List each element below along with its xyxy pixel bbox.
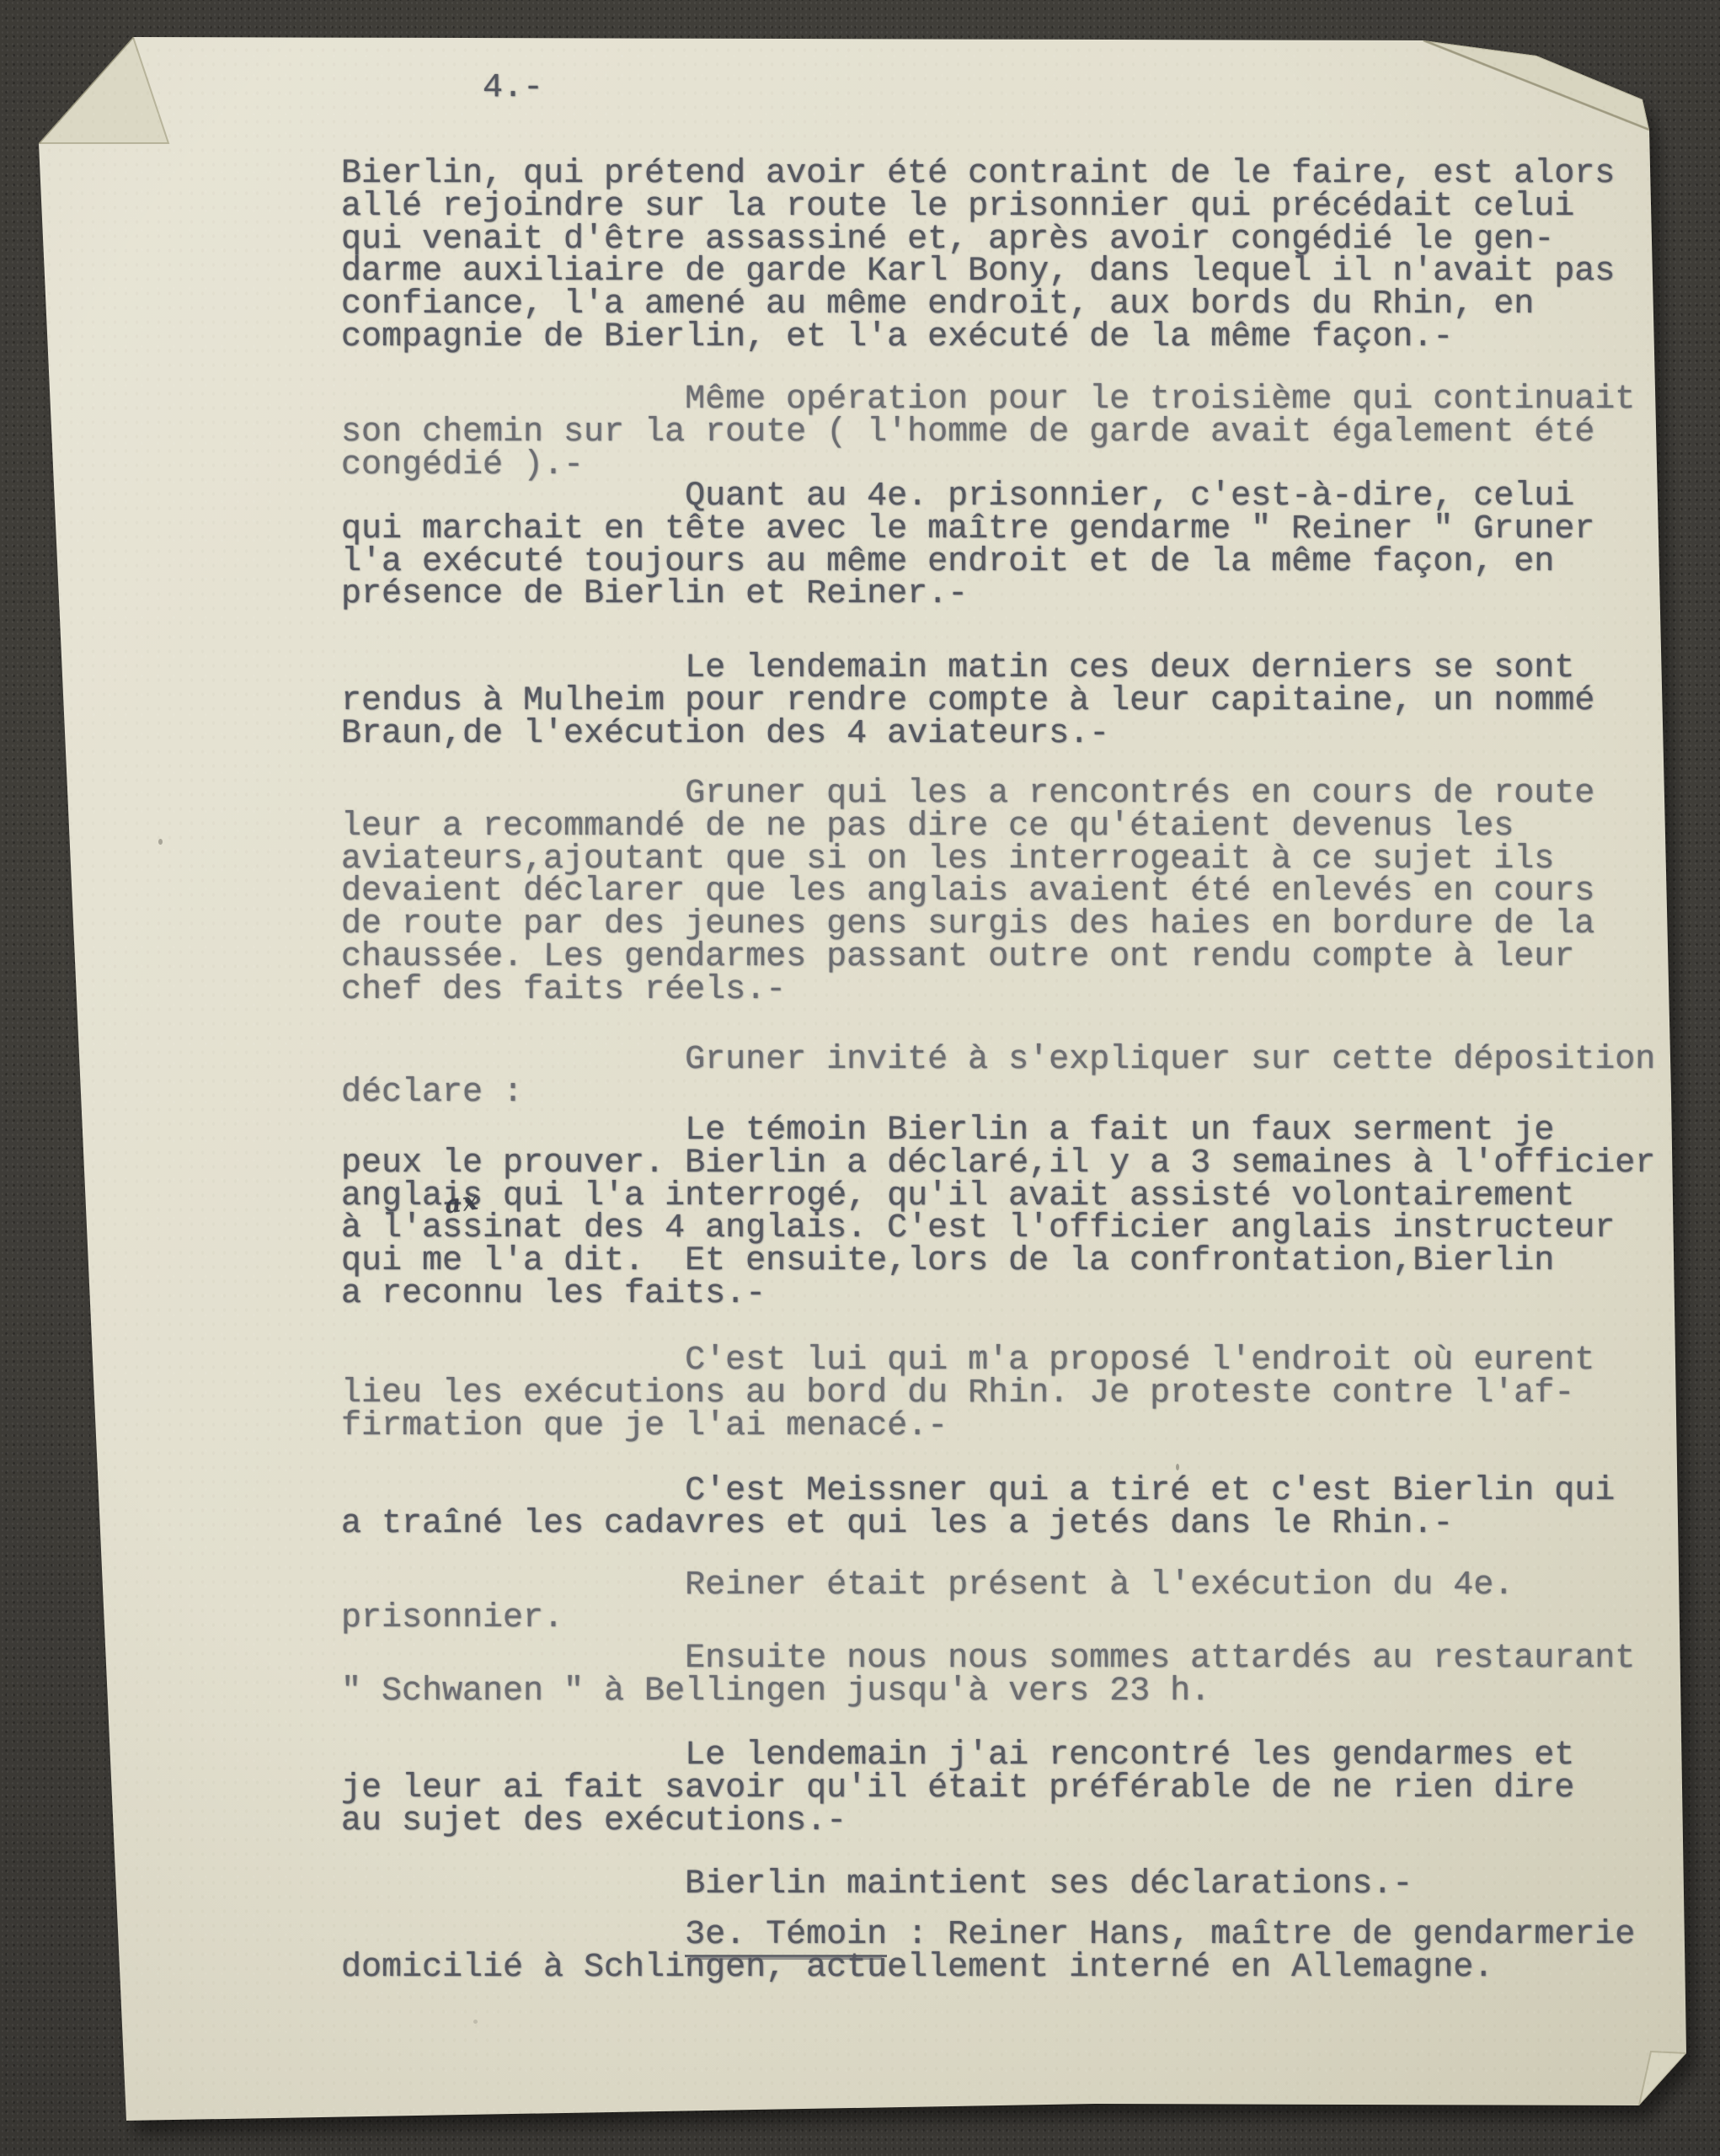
text-line: Ensuite nous nous sommes attardés au res… [341,1643,1635,1676]
paragraph: C'est lui qui m'a proposé l'endroit où e… [341,1345,1594,1443]
text-line: domicilié à Schlingen, actuellement inte… [341,1952,1635,1985]
text-line: allé rejoindre sur la route le prisonnie… [341,191,1615,224]
paper-speck [473,2020,478,2024]
text-line: déclare : [341,1077,1655,1110]
text-line: confiance, l'a amené au même endroit, au… [341,289,1615,322]
text-line: C'est Meissner qui a tiré et c'est Bierl… [341,1476,1615,1508]
text-line: qui marchait en tête avec le maître gend… [341,514,1594,547]
text-line: leur a recommandé de ne pas dire ce qu'é… [341,811,1594,844]
text-line: a traîné les cadavres et qui les a jetés… [341,1508,1615,1541]
text-line: a reconnu les faits.- [341,1278,1655,1311]
paragraph: Le lendemain j'ai rencontré les gendarme… [341,1740,1574,1838]
text-line: de route par des jeunes gens surgis des … [341,909,1594,942]
text-line: Le lendemain matin ces deux derniers se … [341,653,1594,686]
paragraph: Gruner invité à s'expliquer sur cette dé… [341,1044,1655,1110]
paragraph: 3e. Témoin : Reiner Hans, maître de gend… [341,1919,1635,1985]
text-line: Le lendemain j'ai rencontré les gendarme… [341,1740,1574,1773]
text-line: Même opération pour le troisième qui con… [341,384,1635,417]
text-line: chef des faits réels.- [341,974,1594,1007]
paragraph: C'est Meissner qui a tiré et c'est Bierl… [341,1476,1615,1541]
text-line: prisonnier. [341,1603,1514,1636]
text-line: Braun,de l'exécution des 4 aviateurs.- [341,718,1594,751]
text-line: Bierlin, qui prétend avoir été contraint… [341,158,1615,191]
paragraph: Bierlin maintient ses déclarations.- [341,1869,1413,1902]
text-line: chaussée. Les gendarmes passant outre on… [341,942,1594,974]
text-line: Quant au 4e. prisonnier, c'est-à-dire, c… [341,481,1594,514]
text-line: peux le prouver. Bierlin a déclaré,il y … [341,1148,1655,1181]
paragraph: Bierlin, qui prétend avoir été contraint… [341,158,1615,355]
text-line: Gruner qui les a rencontrés en cours de … [341,778,1594,811]
paragraph: Gruner qui les a rencontrés en cours de … [341,778,1594,1007]
text-line: son chemin sur la route ( l'homme de gar… [341,417,1635,450]
paper-speck [158,839,163,845]
paragraph: Reiner était présent à l'exécution du 4e… [341,1570,1514,1636]
paragraph: Ensuite nous nous sommes attardés au res… [341,1643,1635,1709]
text-line: je leur ai fait savoir qu'il était préfé… [341,1773,1574,1806]
text-line: Reiner était présent à l'exécution du 4e… [341,1570,1514,1603]
text-line: présence de Bierlin et Reiner.- [341,579,1594,611]
text-line: anglais qui l'a interrogé, qu'il avait a… [341,1181,1655,1214]
text-line: à l'assinat des 4 anglais. C'est l'offic… [341,1213,1655,1246]
text-line: " Schwanen " à Bellingen jusqu'à vers 23… [341,1676,1635,1709]
text-line: rendus à Mulheim pour rendre compte à le… [341,686,1594,718]
text-line: darme auxiliaire de garde Karl Bony, dan… [341,256,1615,289]
text-line: qui venait d'être assassiné et, après av… [341,224,1615,257]
paragraph: Même opération pour le troisième qui con… [341,384,1635,482]
text-line: firmation que je l'ai menacé.- [341,1411,1594,1444]
text-line: qui me l'a dit. Et ensuite,lors de la co… [341,1246,1655,1278]
text-line: Gruner invité à s'expliquer sur cette dé… [341,1044,1655,1077]
text-line: 3e. Témoin : Reiner Hans, maître de gend… [341,1919,1635,1952]
text-line: l'a exécuté toujours au même endroit et … [341,547,1594,579]
paper-speck [1176,1464,1179,1470]
text-line: au sujet des exécutions.- [341,1806,1574,1838]
text-line: aviateurs,ajoutant que si on les interro… [341,844,1594,877]
text-line: Le témoin Bierlin a fait un faux serment… [341,1115,1655,1148]
text-line: compagnie de Bierlin, et l'a exécuté de … [341,322,1615,355]
text-line: devaient déclarer que les anglais avaien… [341,876,1594,909]
text-line: Bierlin maintient ses déclarations.- [341,1869,1413,1902]
scan-background: 4.- Bierlin, qui prétend avoir été contr… [0,0,1720,2156]
text-line: lieu les exécutions au bord du Rhin. Je … [341,1378,1594,1411]
paragraph: Le lendemain matin ces deux derniers se … [341,653,1594,750]
text-line: C'est lui qui m'a proposé l'endroit où e… [341,1345,1594,1378]
page-number: 4.- [483,72,543,105]
handwritten-correction: ax [443,1188,481,1218]
typewritten-page: 4.- Bierlin, qui prétend avoir été contr… [0,0,1720,2156]
paragraph: Le témoin Bierlin a fait un faux serment… [341,1115,1655,1311]
paragraph: Quant au 4e. prisonnier, c'est-à-dire, c… [341,481,1594,611]
